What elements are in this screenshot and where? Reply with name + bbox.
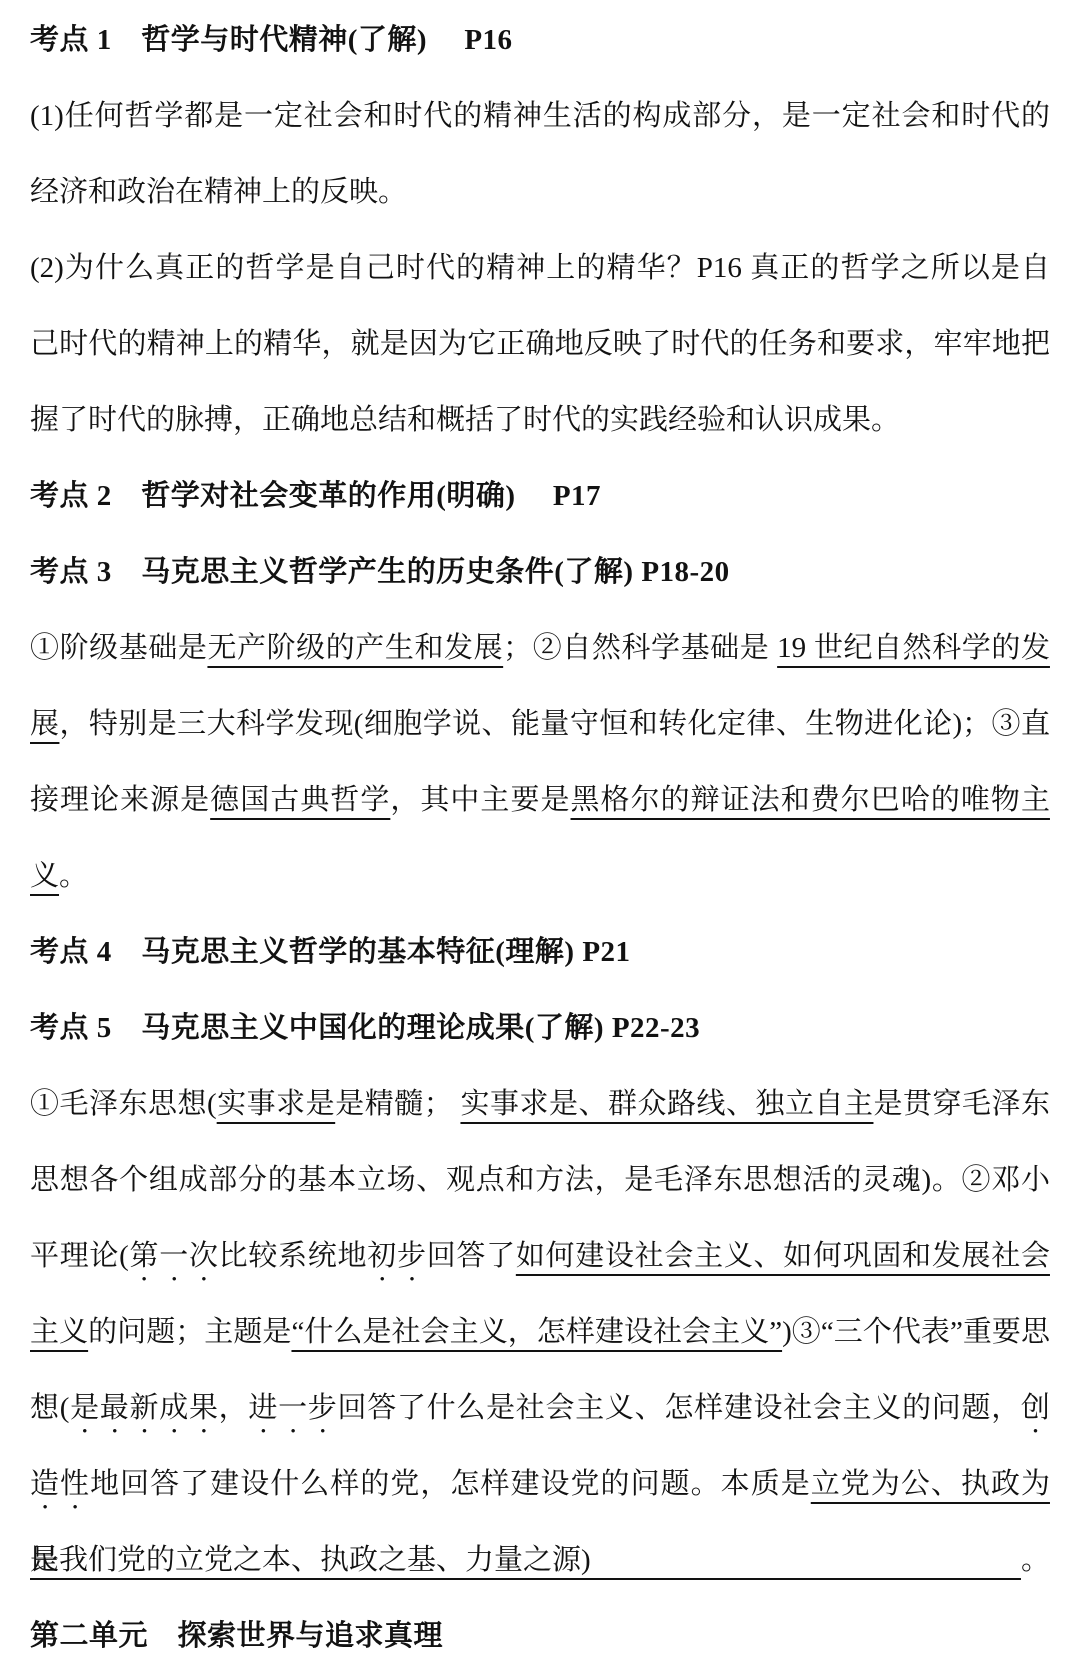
paragraph: (2)为什么真正的哲学是自己时代的精神上的精华？P16 真正的哲学之所以是自己时…	[30, 230, 1050, 458]
text-segment: ；②自然科学基础是	[503, 632, 777, 664]
text-line: 考点 3 马克思主义哲学产生的历史条件(了解) P18-20	[30, 534, 1050, 610]
text-line: 展，特别是三大科学发现(细胞学说、能量守恒和转化定律、生物进化论)；③直	[30, 686, 1050, 762]
section-heading: 考点 5 马克思主义中国化的理论成果(了解) P22-23	[30, 990, 1050, 1066]
text-segment: 考点 4 马克思主义哲学的基本特征(理解) P21	[30, 936, 631, 968]
text-segment: 经济和政治在精神上的反映。	[30, 176, 407, 208]
underlined-text: 展	[30, 708, 59, 740]
section-heading: 考点 2 哲学对社会变革的作用(明确) P17	[30, 458, 1050, 534]
underlined-text: 实事求是、群众路线、独立自主	[460, 1088, 873, 1120]
text-segment: )	[581, 1544, 591, 1576]
text-segment: 思想各个组成部分的基本立场、观点和方法，是毛泽东思想活的灵魂)。②邓小	[30, 1164, 1050, 1196]
text-segment: 握了时代的脉搏，正确地总结和概括了时代的实践经验和认识成果。	[30, 404, 900, 436]
text-segment: ，	[219, 1392, 249, 1424]
text-segment: 回答了	[427, 1240, 516, 1272]
text-segment: ①阶级基础是	[30, 632, 207, 664]
text-line: 经济和政治在精神上的反映。	[30, 154, 1050, 230]
text-segment: (1)任何哲学都是一定社会和时代的精神生活的构成部分，是一定社会和时代的	[30, 100, 1050, 132]
underlined-text: 义	[30, 860, 59, 892]
dot-emphasized-text: 初步	[367, 1240, 426, 1272]
section-heading: 第二单元 探索世界与追求真理	[30, 1598, 1050, 1674]
text-line: 接理论来源是德国古典哲学，其中主要是黑格尔的辩证法和费尔巴哈的唯物主	[30, 762, 1050, 838]
section-heading: 考点 1 哲学与时代精神(了解) P16	[30, 2, 1050, 78]
text-segment: 是精髓；	[335, 1088, 460, 1120]
dot-emphasized-text: 第一次	[129, 1240, 219, 1272]
dot-emphasized-text: 是最新成果	[69, 1392, 218, 1424]
dot-emphasized-text: 造性	[30, 1468, 90, 1500]
text-line: 想(是最新成果，进一步回答了什么是社会主义、怎样建设社会主义的问题，创	[30, 1370, 1050, 1446]
text-segment: 。	[59, 860, 88, 892]
underlined-text: 无产阶级的产生和发展	[207, 632, 503, 664]
text-segment: 是我们党的	[30, 1544, 175, 1576]
text-segment: )③“三个代表”重要思	[782, 1316, 1050, 1348]
text-segment: 第二单元 探索世界与追求真理	[30, 1620, 443, 1652]
text-segment: 。	[1021, 1544, 1050, 1576]
text-segment: 考点 2 哲学对社会变革的作用(明确) P17	[30, 480, 601, 512]
text-segment: 接理论来源是	[30, 784, 210, 816]
text-segment: ①毛泽东思想(	[30, 1088, 217, 1120]
text-line: ①阶级基础是无产阶级的产生和发展；②自然科学基础是 19 世纪自然科学的发	[30, 610, 1050, 686]
text-line: (1)任何哲学都是一定社会和时代的精神生活的构成部分，是一定社会和时代的	[30, 78, 1050, 154]
text-line: 平理论(第一次比较系统地初步回答了如何建设社会主义、如何巩固和发展社会	[30, 1218, 1050, 1294]
text-segment: 平理论(	[30, 1240, 129, 1272]
underlined-text: “什么是社会主义，怎样建设社会主义”	[291, 1316, 782, 1348]
text-line: 造性地回答了建设什么样的党，怎样建设党的问题。本质是立党为公、执政为民。	[30, 1446, 1050, 1522]
underlined-text: 如何建设社会主义、如何巩固和发展社会	[516, 1240, 1050, 1272]
underlined-text: 立党之本、执政之基、力量之源	[175, 1544, 581, 1576]
underlined-text: 19 世纪自然科学的发	[777, 632, 1050, 664]
text-line: 考点 5 马克思主义中国化的理论成果(了解) P22-23	[30, 990, 1050, 1066]
underlined-text: 实事求是	[217, 1088, 336, 1120]
text-line: 考点 1 哲学与时代精神(了解) P16	[30, 2, 1050, 78]
dot-emphasized-text: 创	[1021, 1392, 1050, 1424]
text-segment: 想(	[30, 1392, 69, 1424]
text-line: 考点 4 马克思主义哲学的基本特征(理解) P21	[30, 914, 1050, 990]
dot-emphasized-text: 进一步	[248, 1392, 337, 1424]
text-line: 握了时代的脉搏，正确地总结和概括了时代的实践经验和认识成果。	[30, 382, 1050, 458]
underlined-text: 德国古典哲学	[210, 784, 390, 816]
text-segment: 的问题；主题是	[88, 1316, 291, 1348]
text-segment: 比较系统地	[219, 1240, 368, 1272]
text-segment: 考点 5 马克思主义中国化的理论成果(了解) P22-23	[30, 1012, 700, 1044]
text-line: 思想各个组成部分的基本立场、观点和方法，是毛泽东思想活的灵魂)。②邓小	[30, 1142, 1050, 1218]
underlined-text: 主义	[30, 1316, 88, 1348]
text-line: 考点 2 哲学对社会变革的作用(明确) P17	[30, 458, 1050, 534]
text-segment: ，其中主要是	[390, 784, 570, 816]
text-segment: ，特别是三大科学发现(细胞学说、能量守恒和转化定律、生物进化论)；③直	[59, 708, 1050, 740]
underlined-text: 黑格尔的辩证法和费尔巴哈的唯物主	[571, 784, 1050, 816]
text-segment: (2)为什么真正的哲学是自己时代的精神上的精华？P16 真正的哲学之所以是自	[30, 252, 1050, 284]
paragraph: (1)任何哲学都是一定社会和时代的精神生活的构成部分，是一定社会和时代的经济和政…	[30, 78, 1050, 230]
text-segment: 是贯穿毛泽东	[873, 1088, 1050, 1120]
text-line: 主义的问题；主题是“什么是社会主义，怎样建设社会主义”)③“三个代表”重要思	[30, 1294, 1050, 1370]
text-segment: 地回答了建设什么样的党，怎样建设党的问题。本质是	[90, 1468, 811, 1500]
text-line: ①毛泽东思想(实事求是是精髓； 实事求是、群众路线、独立自主是贯穿毛泽东	[30, 1066, 1050, 1142]
text-line: (2)为什么真正的哲学是自己时代的精神上的精华？P16 真正的哲学之所以是自	[30, 230, 1050, 306]
document-page: 考点 1 哲学与时代精神(了解) P16(1)任何哲学都是一定社会和时代的精神生…	[0, 0, 1080, 1674]
section-heading: 考点 4 马克思主义哲学的基本特征(理解) P21	[30, 914, 1050, 990]
text-segment: 考点 1 哲学与时代精神(了解) P16	[30, 24, 513, 56]
text-segment: 己时代的精神上的精华，就是因为它正确地反映了时代的任务和要求，牢牢地把	[30, 328, 1050, 360]
section-heading: 考点 3 马克思主义哲学产生的历史条件(了解) P18-20	[30, 534, 1050, 610]
text-segment: 考点 3 马克思主义哲学产生的历史条件(了解) P18-20	[30, 556, 730, 588]
text-segment: 回答了什么是社会主义、怎样建设社会主义的问题，	[338, 1392, 1021, 1424]
text-line: 第二单元 探索世界与追求真理	[30, 1598, 1050, 1674]
text-line: 义。	[30, 838, 1050, 914]
paragraph: ①阶级基础是无产阶级的产生和发展；②自然科学基础是 19 世纪自然科学的发展，特…	[30, 610, 1050, 914]
paragraph: ①毛泽东思想(实事求是是精髓； 实事求是、群众路线、独立自主是贯穿毛泽东思想各个…	[30, 1066, 1050, 1598]
text-line: 己时代的精神上的精华，就是因为它正确地反映了时代的任务和要求，牢牢地把	[30, 306, 1050, 382]
